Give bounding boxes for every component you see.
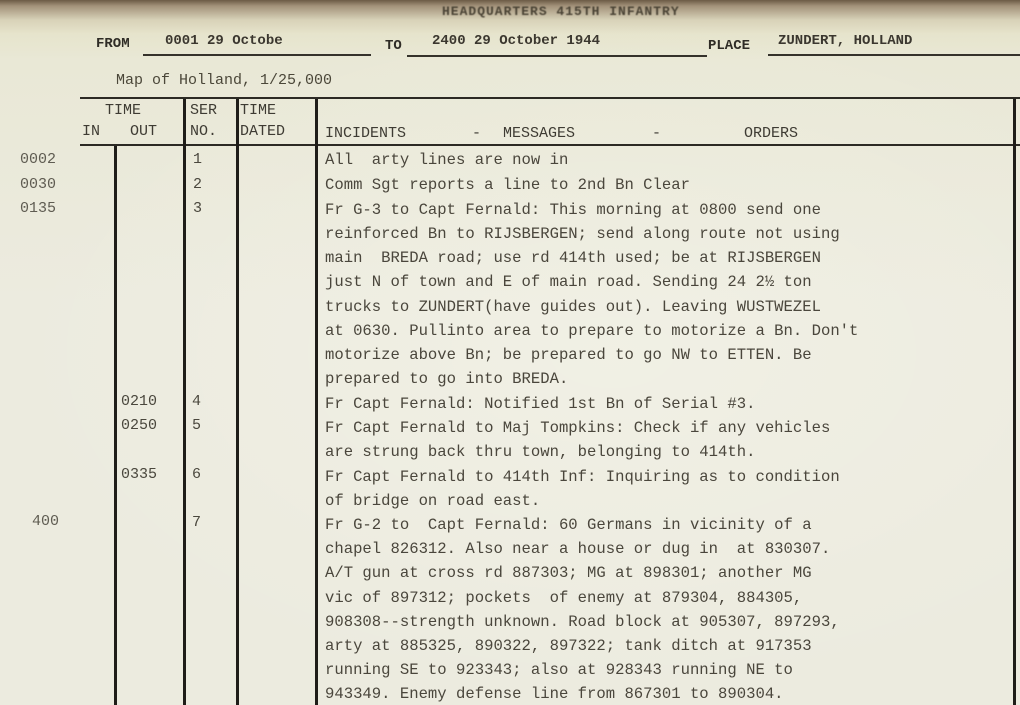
time-in: 0135 bbox=[20, 199, 56, 219]
map-reference: Map of Holland, 1/25,000 bbox=[116, 72, 332, 89]
place-underline bbox=[768, 54, 1020, 56]
to-value: 2400 29 October 1944 bbox=[432, 33, 600, 49]
message-line: chapel 826312. Also near a house or dug … bbox=[325, 537, 1005, 561]
message-line: Fr Capt Fernald to Maj Tompkins: Check i… bbox=[325, 416, 1005, 440]
place-label: PLACE bbox=[708, 38, 750, 54]
col-header-time-dated-1: TIME bbox=[240, 101, 276, 121]
serial-number: 7 bbox=[192, 513, 201, 533]
message-line: Fr G-3 to Capt Fernald: This morning at … bbox=[325, 198, 1005, 222]
col-header-time-dated-2: DATED bbox=[240, 122, 285, 142]
place-value: ZUNDERT, HOLLAND bbox=[778, 33, 912, 49]
serial-number: 6 bbox=[192, 465, 201, 485]
message-line: running SE to 923343; also at 928343 run… bbox=[325, 658, 1005, 682]
from-underline bbox=[143, 54, 371, 56]
message-line: All arty lines are now in bbox=[325, 148, 1005, 172]
to-label: TO bbox=[385, 38, 402, 54]
time-out: 0335 bbox=[121, 465, 157, 485]
message-line: reinforced Bn to RIJSBERGEN; send along … bbox=[325, 222, 1005, 246]
message-line: vic of 897312; pockets of enemy at 87930… bbox=[325, 586, 1005, 610]
col-header-dash-1: - bbox=[472, 124, 481, 144]
time-in: 0030 bbox=[20, 175, 56, 195]
message-line: just N of town and E of main road. Sendi… bbox=[325, 270, 1005, 294]
serial-number: 2 bbox=[193, 175, 202, 195]
time-in: 0002 bbox=[20, 150, 56, 170]
col-header-time: TIME bbox=[105, 101, 141, 121]
col-header-incidents: INCIDENTS bbox=[325, 124, 406, 144]
time-out: 0210 bbox=[121, 392, 157, 412]
serial-number: 5 bbox=[192, 416, 201, 436]
message-line: motorize above Bn; be prepared to go NW … bbox=[325, 343, 1005, 367]
col-divider-in-out bbox=[114, 146, 117, 705]
header-bottom-rule bbox=[80, 144, 1020, 146]
table-top-rule bbox=[80, 97, 1020, 99]
col-divider-ser-dated bbox=[236, 99, 239, 705]
col-header-messages: MESSAGES bbox=[503, 124, 575, 144]
from-value: 0001 29 Octobe bbox=[165, 33, 283, 49]
message-line: A/T gun at cross rd 887303; MG at 898301… bbox=[325, 561, 1005, 585]
time-out: 0250 bbox=[121, 416, 157, 436]
col-divider-dated-incidents bbox=[315, 99, 318, 705]
message-line: prepared to go into BREDA. bbox=[325, 367, 1005, 391]
serial-number: 3 bbox=[193, 199, 202, 219]
col-header-in: IN bbox=[82, 122, 100, 142]
to-underline bbox=[407, 55, 707, 57]
message-line: at 0630. Pullinto area to prepare to mot… bbox=[325, 319, 1005, 343]
serial-number: 4 bbox=[192, 392, 201, 412]
message-line: Fr G-2 to Capt Fernald: 60 Germans in vi… bbox=[325, 513, 1005, 537]
message-line: of bridge on road east. bbox=[325, 489, 1005, 513]
message-line: Fr Capt Fernald to 414th Inf: Inquiring … bbox=[325, 465, 1005, 489]
message-line: arty at 885325, 890322, 897322; tank dit… bbox=[325, 634, 1005, 658]
header-banner: HEADQUARTERS 415TH INFANTRY bbox=[442, 4, 680, 19]
message-line: trucks to ZUNDERT(have guides out). Leav… bbox=[325, 295, 1005, 319]
message-line: Fr Capt Fernald: Notified 1st Bn of Seri… bbox=[325, 392, 1005, 416]
from-label: FROM bbox=[96, 36, 130, 52]
message-line: Comm Sgt reports a line to 2nd Bn Clear bbox=[325, 173, 1005, 197]
time-in: 400 bbox=[32, 512, 59, 532]
col-header-ser: SER bbox=[190, 101, 217, 121]
serial-number: 1 bbox=[193, 150, 202, 170]
message-line: 908308--strength unknown. Road block at … bbox=[325, 610, 1005, 634]
col-header-no: NO. bbox=[190, 122, 217, 142]
col-divider-out-ser bbox=[183, 99, 186, 705]
message-line: main BREDA road; use rd 414th used; be a… bbox=[325, 246, 1005, 270]
col-header-orders: ORDERS bbox=[744, 124, 798, 144]
message-line: are strung back thru town, belonging to … bbox=[325, 440, 1005, 464]
col-header-dash-2: - bbox=[652, 124, 661, 144]
col-header-out: OUT bbox=[130, 122, 157, 142]
right-border bbox=[1013, 99, 1016, 705]
message-line: 943349. Enemy defense line from 867301 t… bbox=[325, 682, 1005, 705]
